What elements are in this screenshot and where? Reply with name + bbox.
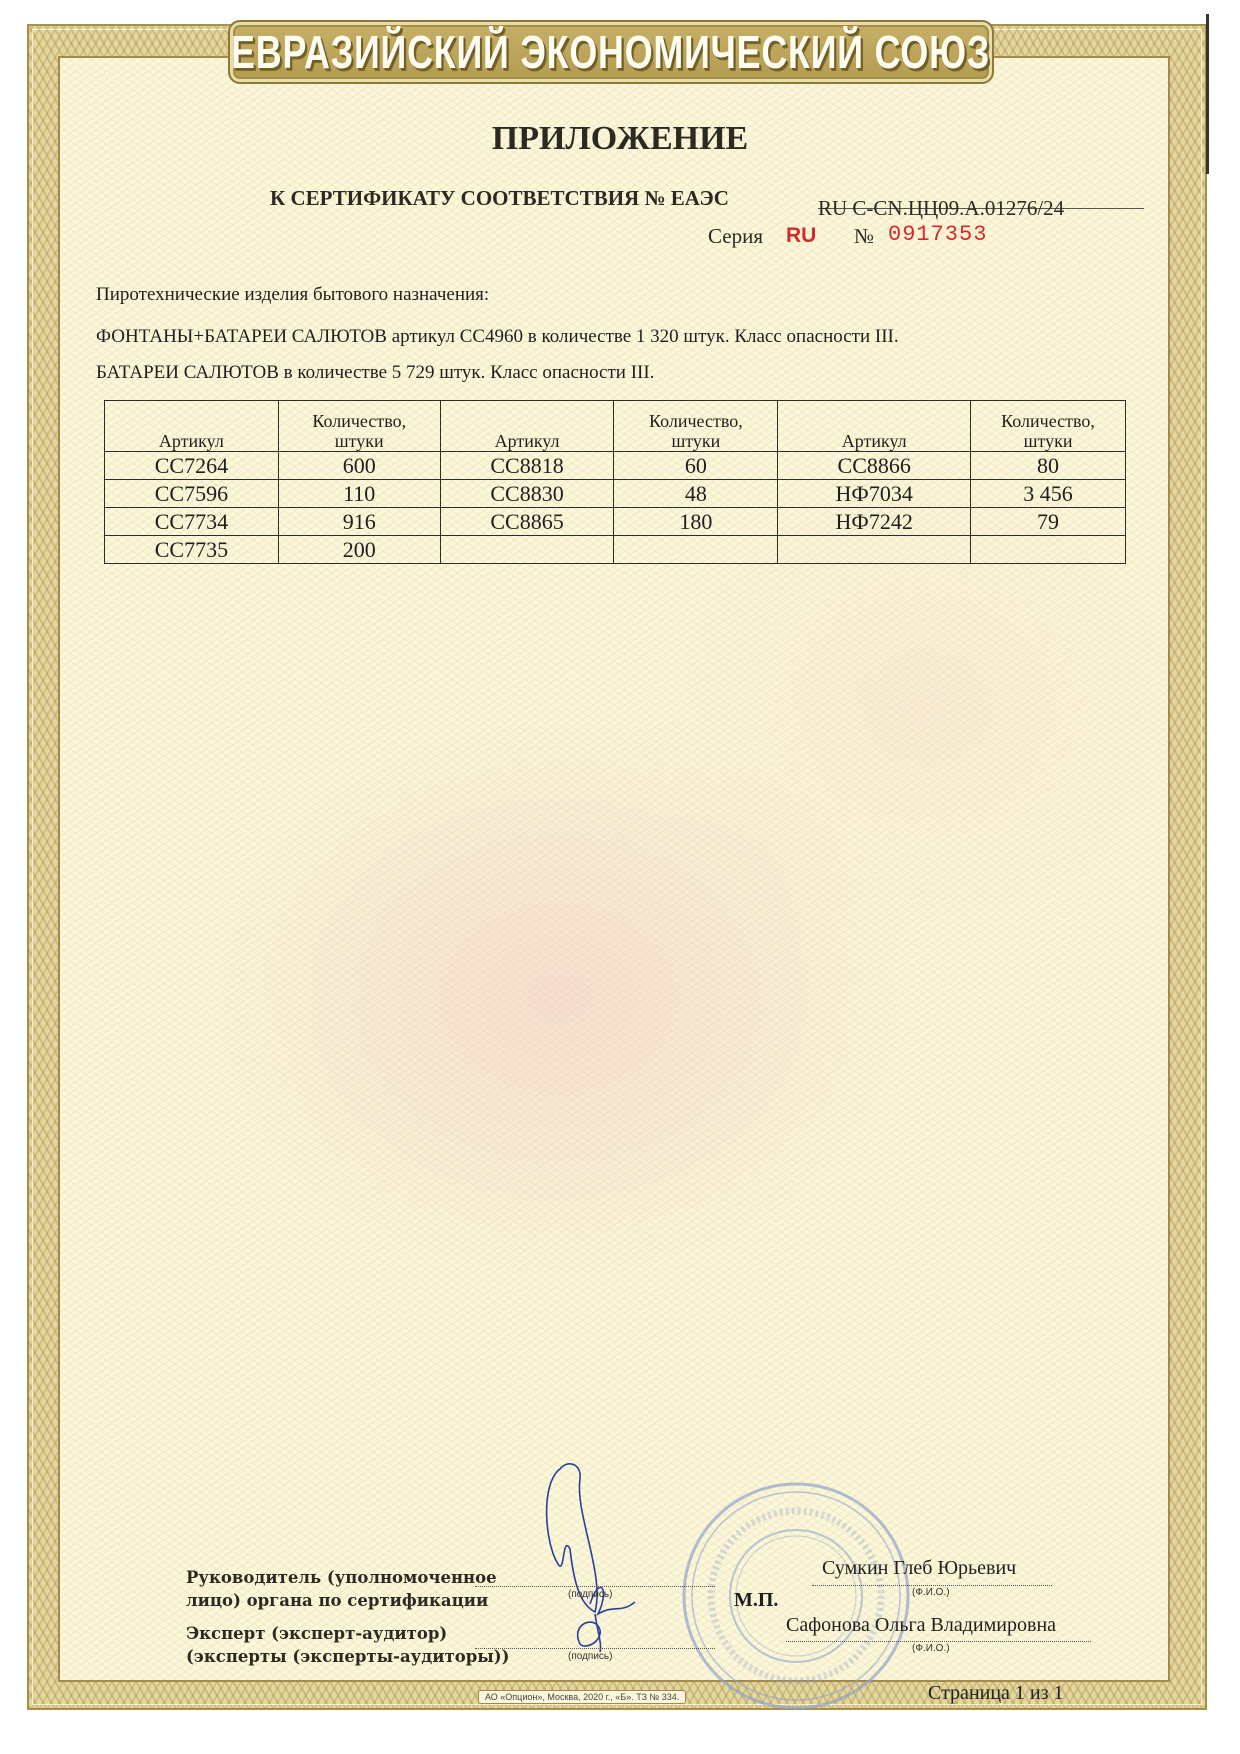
expert-name: Сафонова Ольга Владимировна xyxy=(786,1614,1056,1637)
page-number: Страница 1 из 1 xyxy=(928,1682,1064,1705)
official-seal-icon xyxy=(676,1476,916,1716)
header-quantity: Количество,штуки xyxy=(971,401,1126,452)
expert-signature-line xyxy=(475,1648,715,1649)
article-cell: НФ7242 xyxy=(778,508,971,536)
blank-number-label: № xyxy=(854,224,874,249)
article-cell xyxy=(778,536,971,564)
article-cell: НФ7034 xyxy=(778,480,971,508)
table-header-row: Артикул Количество,штуки Артикул Количес… xyxy=(105,401,1126,452)
head-fio-caption: (Ф.И.О.) xyxy=(912,1587,950,1598)
items-table: Артикул Количество,штуки Артикул Количес… xyxy=(104,400,1126,564)
expert-signature-caption: (подпись) xyxy=(568,1651,612,1662)
product-line-fountains: ФОНТАНЫ+БАТАРЕИ САЛЮТОВ артикул СС4960 в… xyxy=(96,326,899,348)
head-signature-caption: (подпись) xyxy=(568,1589,612,1600)
quantity-cell: 79 xyxy=(971,508,1126,536)
article-cell: СС8830 xyxy=(440,480,614,508)
article-cell: СС8866 xyxy=(778,452,971,480)
quantity-cell: 200 xyxy=(278,536,440,564)
header-banner: ЕВРАЗИЙСКИЙ ЭКОНОМИЧЕСКИЙ СОЮЗ xyxy=(228,20,994,84)
expert-label: Эксперт (эксперт-аудитор)(эксперты (эксп… xyxy=(186,1622,509,1668)
quantity-cell: 60 xyxy=(614,452,778,480)
quantity-cell xyxy=(614,536,778,564)
quantity-cell: 180 xyxy=(614,508,778,536)
table-row: СС7596 110 СС8830 48 НФ7034 3 456 xyxy=(105,480,1126,508)
article-cell: СС8865 xyxy=(440,508,614,536)
quantity-cell: 110 xyxy=(278,480,440,508)
table-row: СС7735 200 xyxy=(105,536,1126,564)
article-cell: СС7596 xyxy=(105,480,279,508)
head-of-body-label: Руководитель (уполномоченноелицо) органа… xyxy=(186,1566,497,1612)
product-line-batteries: БАТАРЕИ САЛЮТОВ в количестве 5 729 штук.… xyxy=(96,362,654,384)
header-quantity: Количество,штуки xyxy=(614,401,778,452)
header-article: Артикул xyxy=(440,401,614,452)
certificate-number: RU C-CN.ЦЦ09.А.01276/24 xyxy=(818,196,1064,221)
header-quantity: Количество,штуки xyxy=(278,401,440,452)
expert-name-line xyxy=(786,1641,1091,1642)
header-article: Артикул xyxy=(105,401,279,452)
quantity-cell: 600 xyxy=(278,452,440,480)
quantity-cell xyxy=(971,536,1126,564)
quantity-cell: 48 xyxy=(614,480,778,508)
certificate-prefix: К СЕРТИФИКАТУ СООТВЕТСТВИЯ № ЕАЭС xyxy=(270,186,729,211)
head-name-line xyxy=(812,1585,1052,1586)
quantity-cell: 3 456 xyxy=(971,480,1126,508)
table-row: СС7264 600 СС8818 60 СС8866 80 xyxy=(105,452,1126,480)
stamp-mark-label: М.П. xyxy=(734,1589,778,1612)
article-cell xyxy=(440,536,614,564)
header-article: Артикул xyxy=(778,401,971,452)
printer-imprint: АО «Опцион», Москва, 2020 г., «Б». ТЗ № … xyxy=(478,1690,686,1704)
table-row: СС7734 916 СС8865 180 НФ7242 79 xyxy=(105,508,1126,536)
article-cell: СС7735 xyxy=(105,536,279,564)
article-cell: СС7734 xyxy=(105,508,279,536)
signature-icon xyxy=(540,1454,650,1654)
series-label: Серия xyxy=(708,224,763,249)
expert-fio-caption: (Ф.И.О.) xyxy=(912,1643,950,1654)
head-signature-line xyxy=(475,1586,715,1587)
blank-number: 0917353 xyxy=(888,222,987,247)
quantity-cell: 916 xyxy=(278,508,440,536)
document-title: ПРИЛОЖЕНИЕ xyxy=(0,120,1240,158)
banner-text: ЕВРАЗИЙСКИЙ ЭКОНОМИЧЕСКИЙ СОЮЗ xyxy=(231,25,990,79)
head-name: Сумкин Глеб Юрьевич xyxy=(822,1557,1016,1580)
article-cell: СС7264 xyxy=(105,452,279,480)
quantity-cell: 80 xyxy=(971,452,1126,480)
product-category: Пиротехнические изделия бытового назначе… xyxy=(96,284,489,306)
article-cell: СС8818 xyxy=(440,452,614,480)
series-code: RU xyxy=(786,224,816,248)
